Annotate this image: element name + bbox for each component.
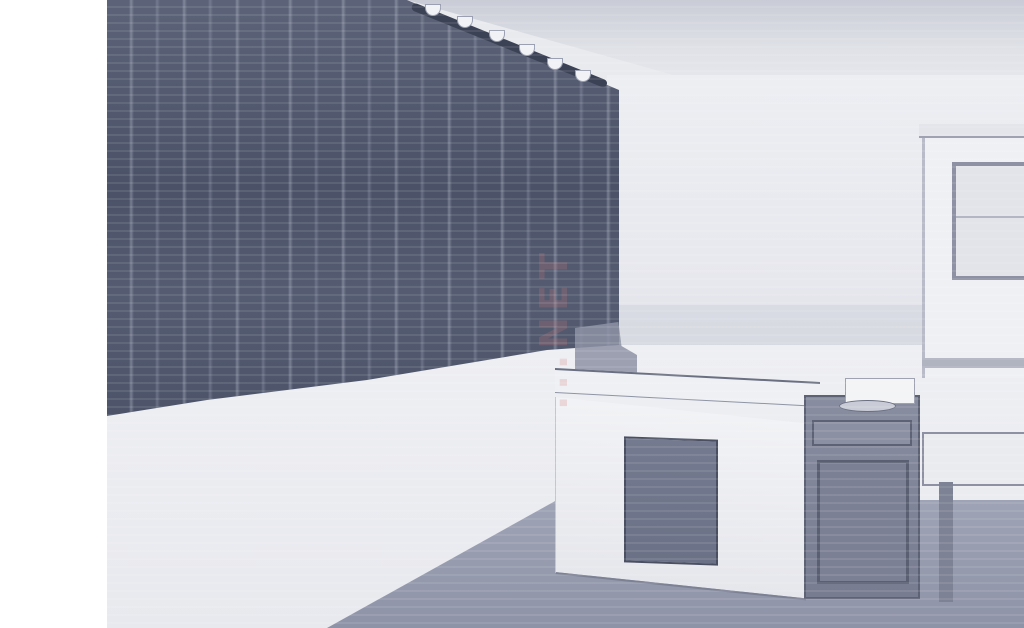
vanity-sink <box>839 400 896 412</box>
side-table <box>922 432 1024 486</box>
room-photo: ...NET <box>107 0 1024 628</box>
window-cornice <box>919 124 1024 138</box>
window-pane <box>952 162 1024 280</box>
vanity-drawer <box>812 420 912 446</box>
side-table-leg <box>939 482 953 602</box>
vanity-door <box>817 460 909 584</box>
counter-door <box>624 436 718 565</box>
window-sill <box>922 358 1024 368</box>
